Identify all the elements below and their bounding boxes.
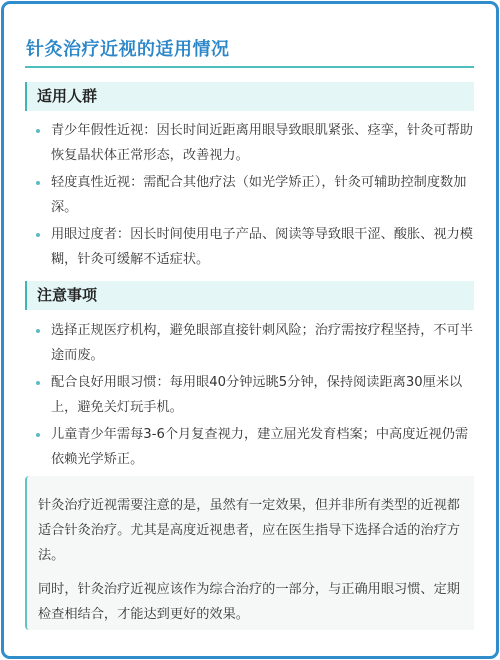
bullet-icon	[36, 181, 40, 185]
bullet-icon	[36, 233, 40, 237]
section-header-precautions: 注意事项	[25, 281, 474, 310]
list-item: 儿童青少年需每3-6个月复查视力，建立屈光发育档案；中高度近视仍需依赖光学矫正。	[35, 422, 475, 472]
page-title: 针灸治疗近视的适用情况	[26, 38, 230, 62]
bullet-icon	[36, 433, 40, 437]
bullet-icon	[36, 329, 40, 333]
note-paragraph: 同时，针灸治疗近视应该作为综合治疗的一部分，与正确用眼习惯、定期检查相结合，才能…	[38, 577, 460, 627]
section-heading: 适用人群	[37, 87, 97, 106]
precautions-list: 选择正规医疗机构，避免眼部直接针刺风险；治疗需按疗程坚持，不可半途而废。 配合良…	[35, 318, 475, 474]
list-item: 轻度真性近视：需配合其他疗法（如光学矫正），针灸可辅助控制度数加深。	[35, 170, 475, 220]
title-divider	[25, 66, 474, 68]
applicable-groups-list: 青少年假性近视：因长时间近距离用眼导致眼肌紧张、痉挛，针灸可帮助恢复晶状体正常形…	[35, 118, 475, 274]
bullet-icon	[36, 381, 40, 385]
note-paragraph: 针灸治疗近视需要注意的是，虽然有一定效果，但并非所有类型的近视都适合针灸治疗。尤…	[38, 493, 460, 568]
list-item: 选择正规医疗机构，避免眼部直接针刺风险；治疗需按疗程坚持，不可半途而废。	[35, 318, 475, 368]
section-header-applicable-groups: 适用人群	[25, 82, 474, 111]
bullet-icon	[36, 129, 40, 133]
list-item: 青少年假性近视：因长时间近距离用眼导致眼肌紧张、痉挛，针灸可帮助恢复晶状体正常形…	[35, 118, 475, 168]
list-item: 用眼过度者：因长时间使用电子产品、阅读等导致眼干涩、酸胀、视力模糊，针灸可缓解不…	[35, 222, 475, 272]
list-item: 配合良好用眼习惯：每用眼40分钟远眺5分钟，保持阅读距离30厘米以上，避免关灯玩…	[35, 370, 475, 420]
note-box: 针灸治疗近视需要注意的是，虽然有一定效果，但并非所有类型的近视都适合针灸治疗。尤…	[25, 476, 474, 630]
section-heading: 注意事项	[37, 286, 97, 305]
